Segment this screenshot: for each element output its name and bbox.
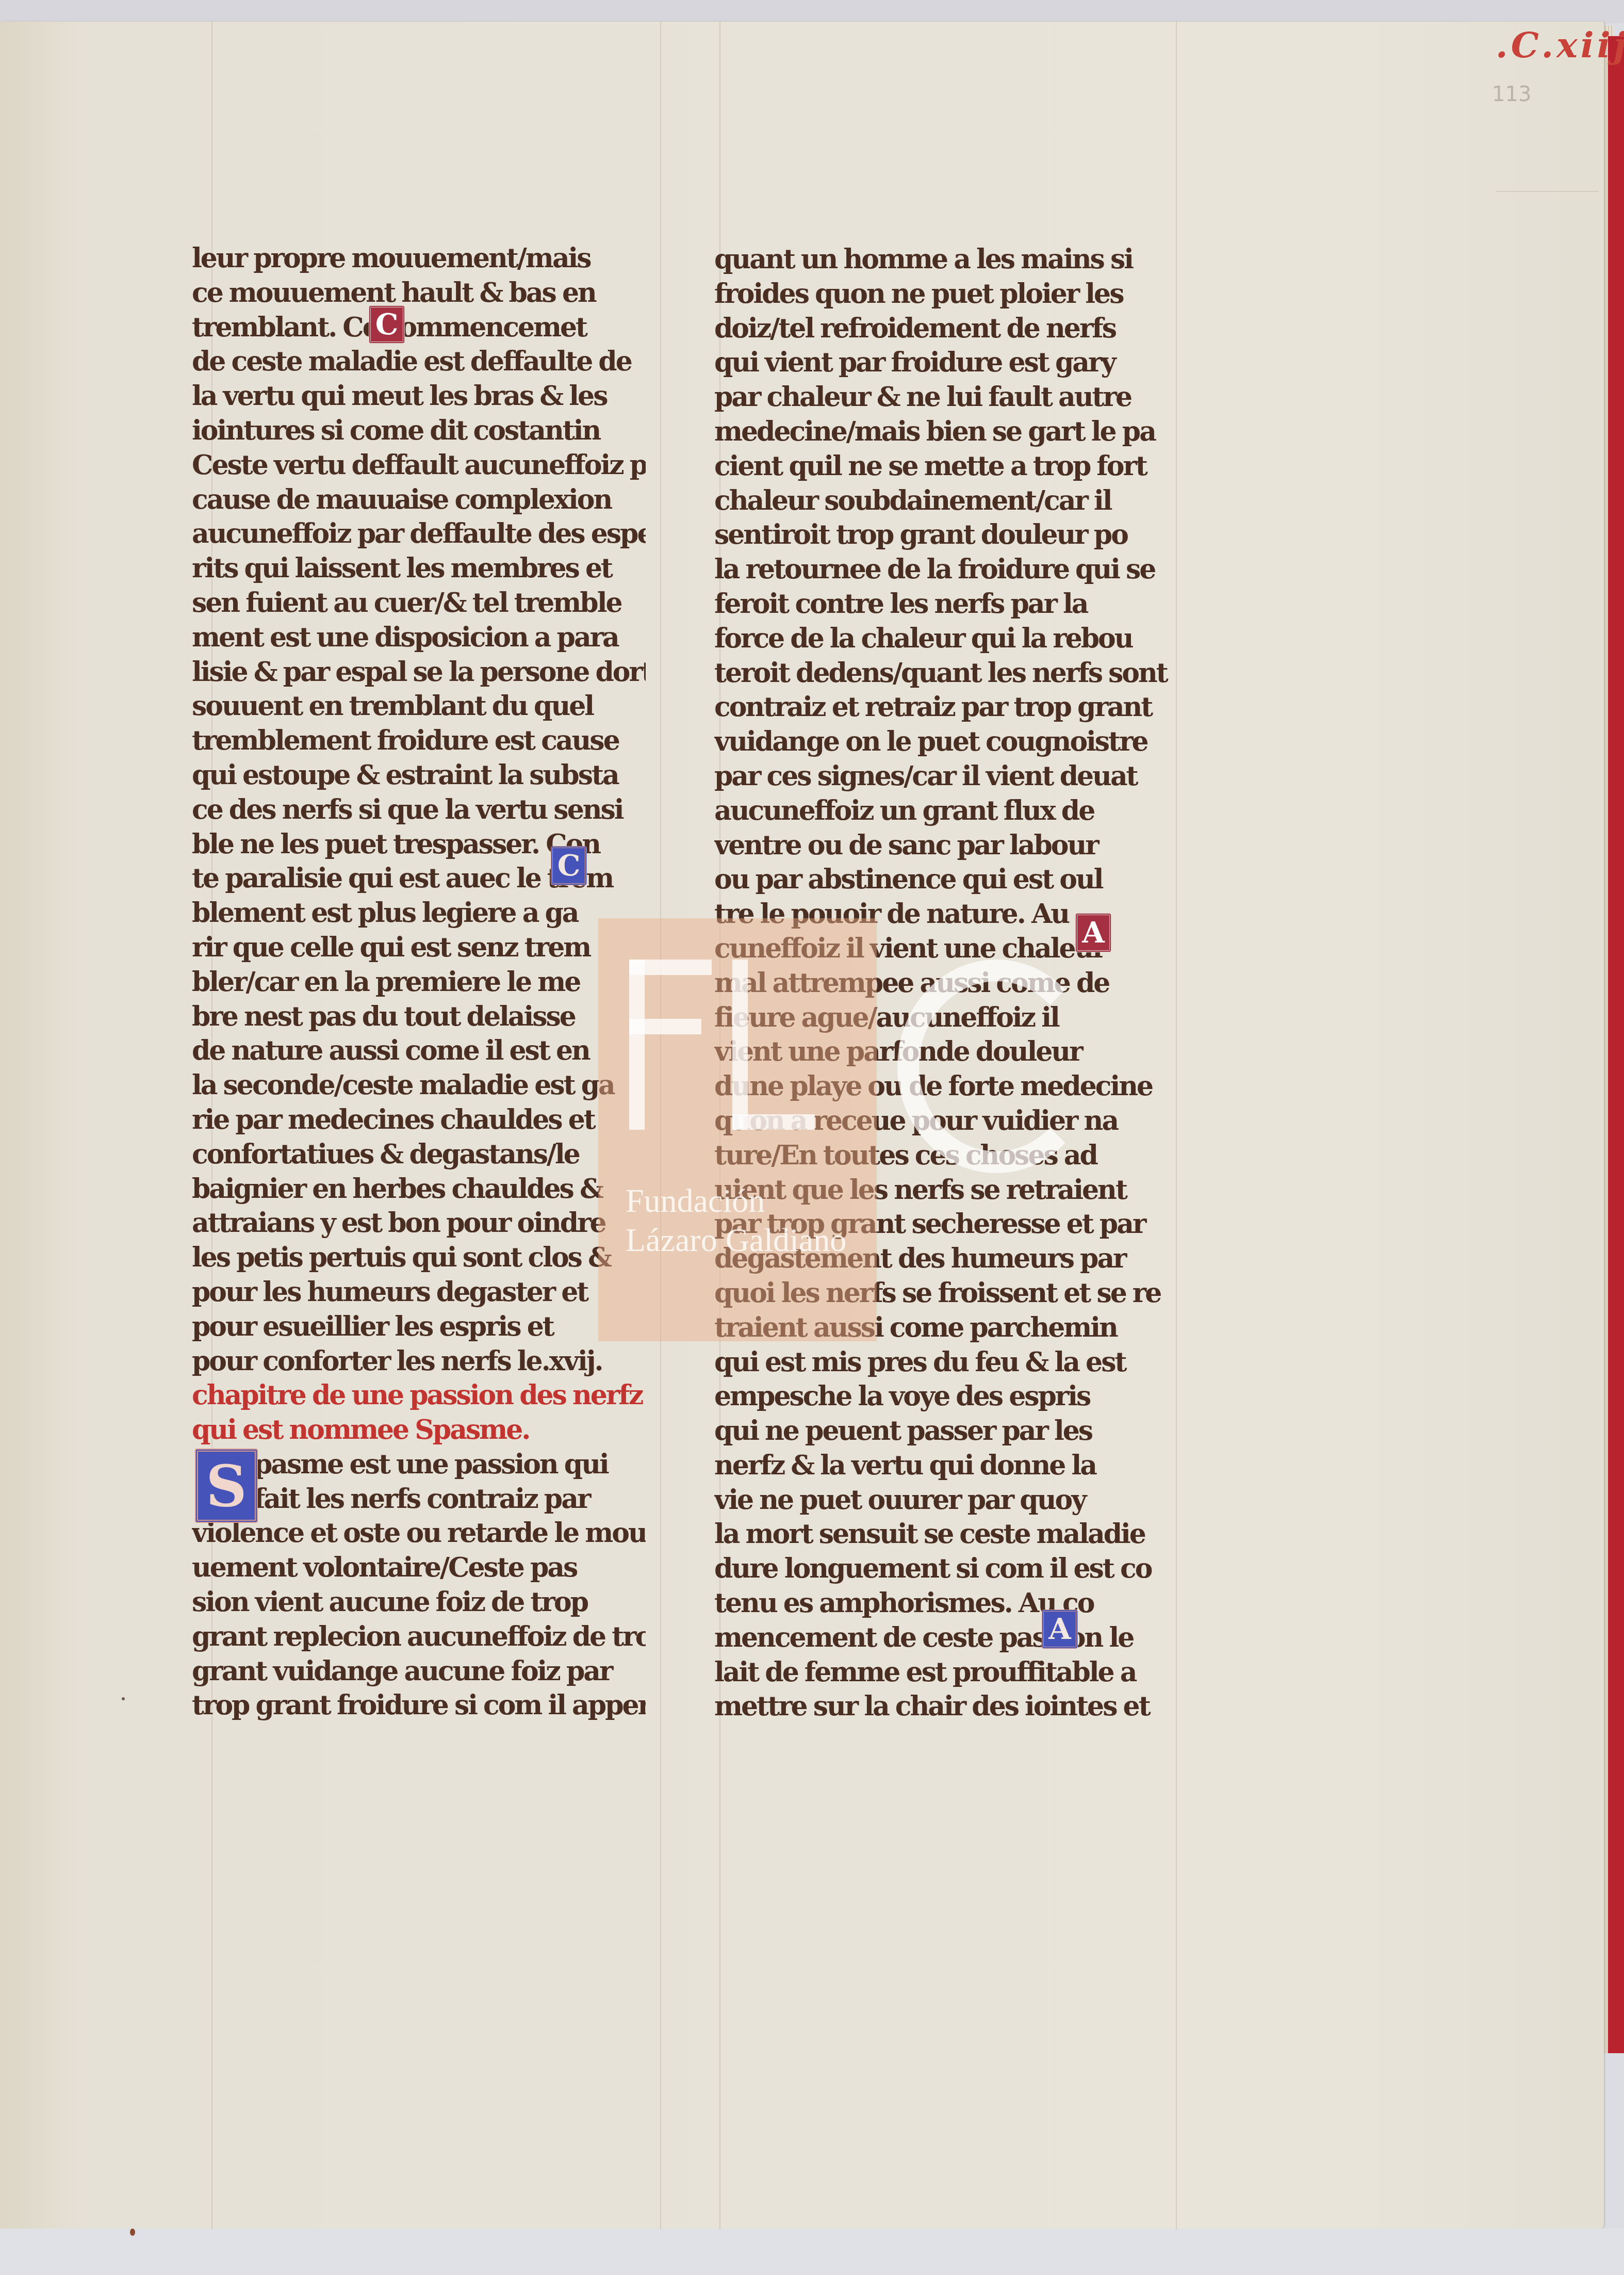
text-line: pour conforter les nerfs le.xvij. — [192, 1344, 646, 1379]
scan-background-bottom — [0, 2229, 1624, 2275]
text-line: bler/car en la premiere le me — [192, 965, 646, 1000]
text-line: sentiroit trop grant douleur po — [714, 518, 1189, 553]
text-line: bre nest pas du tout delaisse — [192, 1000, 646, 1034]
text-line: dure longuement si com il est co — [714, 1552, 1189, 1586]
text-line: la mort sensuit se ceste maladie — [714, 1517, 1189, 1552]
text-line: par ces signes/car il vient deuat — [714, 759, 1189, 794]
ink-speck — [122, 1697, 125, 1700]
text-line: ventre ou de sanc par labour — [714, 828, 1189, 863]
text-line: les petis pertuis qui sont clos & — [192, 1241, 646, 1275]
text-line: chaleur soubdainement/car il — [714, 484, 1189, 518]
text-line: empesche la voye des espris — [714, 1379, 1189, 1414]
decorated-initial-c-blue: C — [551, 846, 587, 885]
text-line: qui ne peuent passer par les — [714, 1414, 1189, 1449]
watermark-logo-g — [897, 960, 1095, 1173]
text-line: souuent en tremblant du quel — [192, 689, 646, 724]
ruling-line — [1496, 191, 1599, 192]
chapter-rubric: chapitre de une passion des nerfz — [192, 1378, 646, 1413]
text-line: feroit contre les nerfs par la — [714, 587, 1189, 622]
watermark-text-line2: Lázaro Galdiano — [626, 1221, 846, 1260]
text-line: iointures si come dit costantin — [192, 414, 646, 448]
text-line: cient quil ne se mette a trop fort — [714, 449, 1189, 484]
text-line: baignier en herbes chauldes & — [192, 1172, 646, 1207]
text-line: medecine/mais bien se gart le pa — [714, 415, 1189, 449]
text-line: blement est plus legiere a ga — [192, 896, 646, 931]
text-line: quant un homme a les mains si — [714, 242, 1189, 277]
decorated-initial-a-blue: A — [1042, 1610, 1078, 1649]
text-line: force de la chaleur qui la rebou — [714, 622, 1189, 656]
text-line: ou par abstinence qui est oul — [714, 863, 1189, 897]
text-line: mettre sur la chair des iointes et — [714, 1689, 1189, 1724]
text-line: ce des nerfs si que la vertu sensi — [192, 793, 646, 827]
folio-number: .C.xiij — [1496, 25, 1624, 66]
text-line: grant vuidange aucune foiz par — [192, 1654, 646, 1689]
decorated-initial-c-red: C — [369, 305, 405, 344]
watermark-logo-l — [732, 1114, 815, 1130]
watermark-logo-l — [732, 960, 748, 1130]
scan-background-top — [0, 0, 1624, 23]
text-line: pour esueillier les espris et — [192, 1310, 646, 1344]
text-line: aucuneffoiz un grant flux de — [714, 794, 1189, 828]
text-line: lait de femme est prouffitable a — [714, 1655, 1189, 1690]
text-line: rie par medecines chauldes et — [192, 1103, 646, 1138]
watermark-logo-f — [629, 1019, 701, 1034]
decorated-initial-a-red: A — [1075, 913, 1111, 952]
text-line: pasme est une passion qui — [192, 1448, 646, 1482]
text-line: pour les humeurs degaster et — [192, 1275, 646, 1310]
text-line: fait les nerfs contraiz par — [192, 1482, 646, 1517]
text-line: confortatiues & degastans/le — [192, 1138, 646, 1172]
text-line: qui est mis pres du feu & la est — [714, 1345, 1189, 1380]
text-line: uement volontaire/Ceste pas — [192, 1551, 646, 1585]
text-line: qui vient par froidure est gary — [714, 346, 1189, 380]
text-line: de ceste maladie est deffaulte de — [192, 345, 646, 379]
text-line: aucuneffoiz par deffaulte des espe — [192, 517, 646, 551]
text-line: rits qui laissent les membres et — [192, 551, 646, 586]
text-line: teroit dedens/quant les nerfs sont — [714, 656, 1189, 691]
text-line: ce mouuement hault & bas en — [192, 276, 646, 311]
text-line: grant replecion aucuneffoiz de trop — [192, 1620, 646, 1654]
text-line: attraians y est bon pour oindre — [192, 1206, 646, 1241]
chapter-rubric: qui est nommee Spasme. — [192, 1413, 646, 1448]
text-line: qui estoupe & estraint la substa — [192, 758, 646, 793]
text-line: la vertu qui meut les bras & les — [192, 379, 646, 414]
text-line: nerfz & la vertu qui donne la — [714, 1449, 1189, 1483]
text-line: rir que celle qui est senz trem — [192, 931, 646, 965]
text-line: la seconde/ceste maladie est ga — [192, 1068, 646, 1103]
text-line: sen fuient au cuer/& tel tremble — [192, 586, 646, 621]
text-line: contraiz et retraiz par trop grant — [714, 690, 1189, 725]
text-line: tremblement froidure est cause — [192, 724, 646, 758]
text-column-left: leur propre mouuement/mais ce mouuement … — [192, 241, 646, 1723]
decorated-initial-s-blue: S — [195, 1449, 258, 1523]
text-line: par chaleur & ne lui fault autre — [714, 380, 1189, 415]
text-line: doiz/tel refroidement de nerfs — [714, 312, 1189, 346]
watermark-logo-f — [629, 960, 645, 1130]
text-line: vuidange on le puet cougnoistre — [714, 725, 1189, 759]
ink-speck — [130, 2229, 135, 2236]
pencil-foliation: 113 — [1492, 83, 1531, 106]
text-line: violence et oste ou retarde le mou — [192, 1516, 646, 1551]
text-line: la retournee de la froidure qui se — [714, 553, 1189, 587]
text-line: cause de mauuaise complexion — [192, 483, 646, 517]
text-line: sion vient aucune foiz de trop — [192, 1585, 646, 1620]
text-line: tremblant. Ce commencemet — [192, 311, 646, 345]
text-line: tenu es amphorismes. Au co — [714, 1586, 1189, 1621]
text-line: lisie & par espal se la persone dort — [192, 655, 646, 690]
text-line: ment est une disposicion a para — [192, 621, 646, 655]
watermark-text-line1: Fundación — [626, 1181, 765, 1221]
text-line: mencement de ceste passion le — [714, 1621, 1189, 1655]
text-line: de nature aussi come il est en — [192, 1034, 646, 1068]
text-line: trop grant froidure si com il appert — [192, 1688, 646, 1723]
text-line: vie ne puet ouurer par quoy — [714, 1483, 1189, 1518]
text-line: leur propre mouuement/mais — [192, 241, 646, 276]
text-line: Ceste vertu deffault aucuneffoiz p — [192, 448, 646, 483]
text-line: froides quon ne puet ploier les — [714, 277, 1189, 312]
